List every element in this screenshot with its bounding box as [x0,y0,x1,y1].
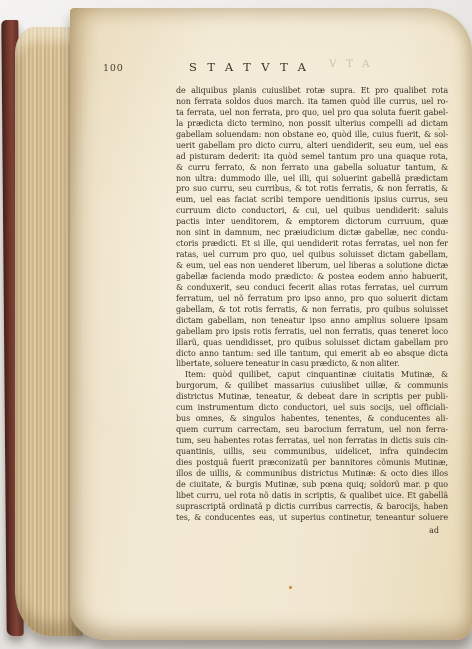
text-line: gabellam soluendam: non obstane eo, quòd… [176,130,448,141]
text-line: burgorum, & quilibet massarius cuiuslibe… [176,381,448,392]
book-photo: 100 STATVTA VTA de aliquibus planis cuiu… [0,0,472,649]
text-line: uerit gabellam pro dicto curru, alteri u… [176,141,448,152]
text-line: ctoris prædicti. Et si ille, qui uendide… [176,239,448,250]
text-line: ratas, uel currum pro quo, uel quibus so… [176,250,448,261]
text-line: pactis inter uenditorem, & emptorem dict… [176,217,448,228]
text-line: pro suo curru, seu curribus, & tot rotis… [176,184,448,195]
text-line: eum, uel eas faciat scribi tempore uendi… [176,195,448,206]
text-line: cum instrumentum dicto conductori, uel s… [176,403,448,414]
text-line: tum, seu habentes rotas ferratas, uel no… [176,436,448,447]
text-line: libet curru, uel rota nõ datis in script… [176,491,448,502]
text-line: & eum, uel eas non uenderet liberum, uel… [176,261,448,272]
text-line: illos de uillis, & communibus districtus… [176,469,448,480]
text-line: ad pisturam dederit: ita quòd semel tant… [176,152,448,163]
text-line: dies postquã fuerit præconizatũ per bann… [176,458,448,469]
text-line: gabellam, & tot rotis ferratis, & non fe… [176,305,448,316]
text-line-paragraph-start: Item: quòd quilibet, caput cinquantinæ c… [176,370,448,381]
text-line: la prædicta dicto termino, non possit ul… [176,119,448,130]
text-line: gabellam pro ipsis rotis ferratis, uel n… [176,327,448,338]
text-line: curruum dicto conductori, & cui, uel qui… [176,206,448,217]
text-line: dictam gabellam, non teneatur ipso anno … [176,316,448,327]
text-line: non sint in damnum, nec præiudicium dict… [176,228,448,239]
text-line: de ciuitate, & burgis Mutinæ, sub pœna q… [176,480,448,491]
text-line: bus omnes, & singulos habentes, tenentes… [176,414,448,425]
text-line: non ferrata soldos duos march. ita tamen… [176,97,448,108]
text-line: quantinis, uillis, seu communibus, uidel… [176,447,448,458]
text-line: & conduxerit, seu conduci fecerit alias … [176,283,448,294]
showthrough-ghost-text: VTA [329,58,379,70]
foxing-spot [289,586,292,589]
foxing-spot [438,128,440,130]
text-line: ferratum, uel nõ ferratum pro ipso anno,… [176,294,448,305]
text-line: ta ferrata, uel non ferrata, pro quo, ue… [176,108,448,119]
page-number: 100 [103,63,124,74]
text-line: de aliquibus planis cuiuslibet rotæ supr… [176,86,448,97]
text-line: dicto anno tantum: sed ille tantum, qui … [176,349,448,360]
foxing-spot [400,270,402,272]
text-line: & curru ferrato, & non ferrato una gabel… [176,163,448,174]
text-line: gabellæ facienda modo prædicto: & postea… [176,272,448,283]
book-page: 100 STATVTA VTA de aliquibus planis cuiu… [70,8,472,640]
catchword: ad [176,525,448,536]
text-line: districtus Mutinæ, teneatur, & debeat da… [176,392,448,403]
text-line: suprascriptã ordinatã p dictis curribus … [176,502,448,513]
text-line: non ultra: dummodo ille, uel illi, qui s… [176,174,448,185]
text-block: de aliquibus planis cuiuslibet rotæ supr… [176,86,448,536]
text-line: illarũ, quas uendidisset, pro quibus sol… [176,338,448,349]
text-line: quem currum carrectam, seu barocium ferr… [176,425,448,436]
foxing-spot [278,288,280,290]
text-line: tes, & conducentes eas, ut superius cont… [176,513,448,524]
text-line: libertate, soluere teneatur in casu præd… [176,359,448,370]
running-title: STATVTA [189,60,316,74]
